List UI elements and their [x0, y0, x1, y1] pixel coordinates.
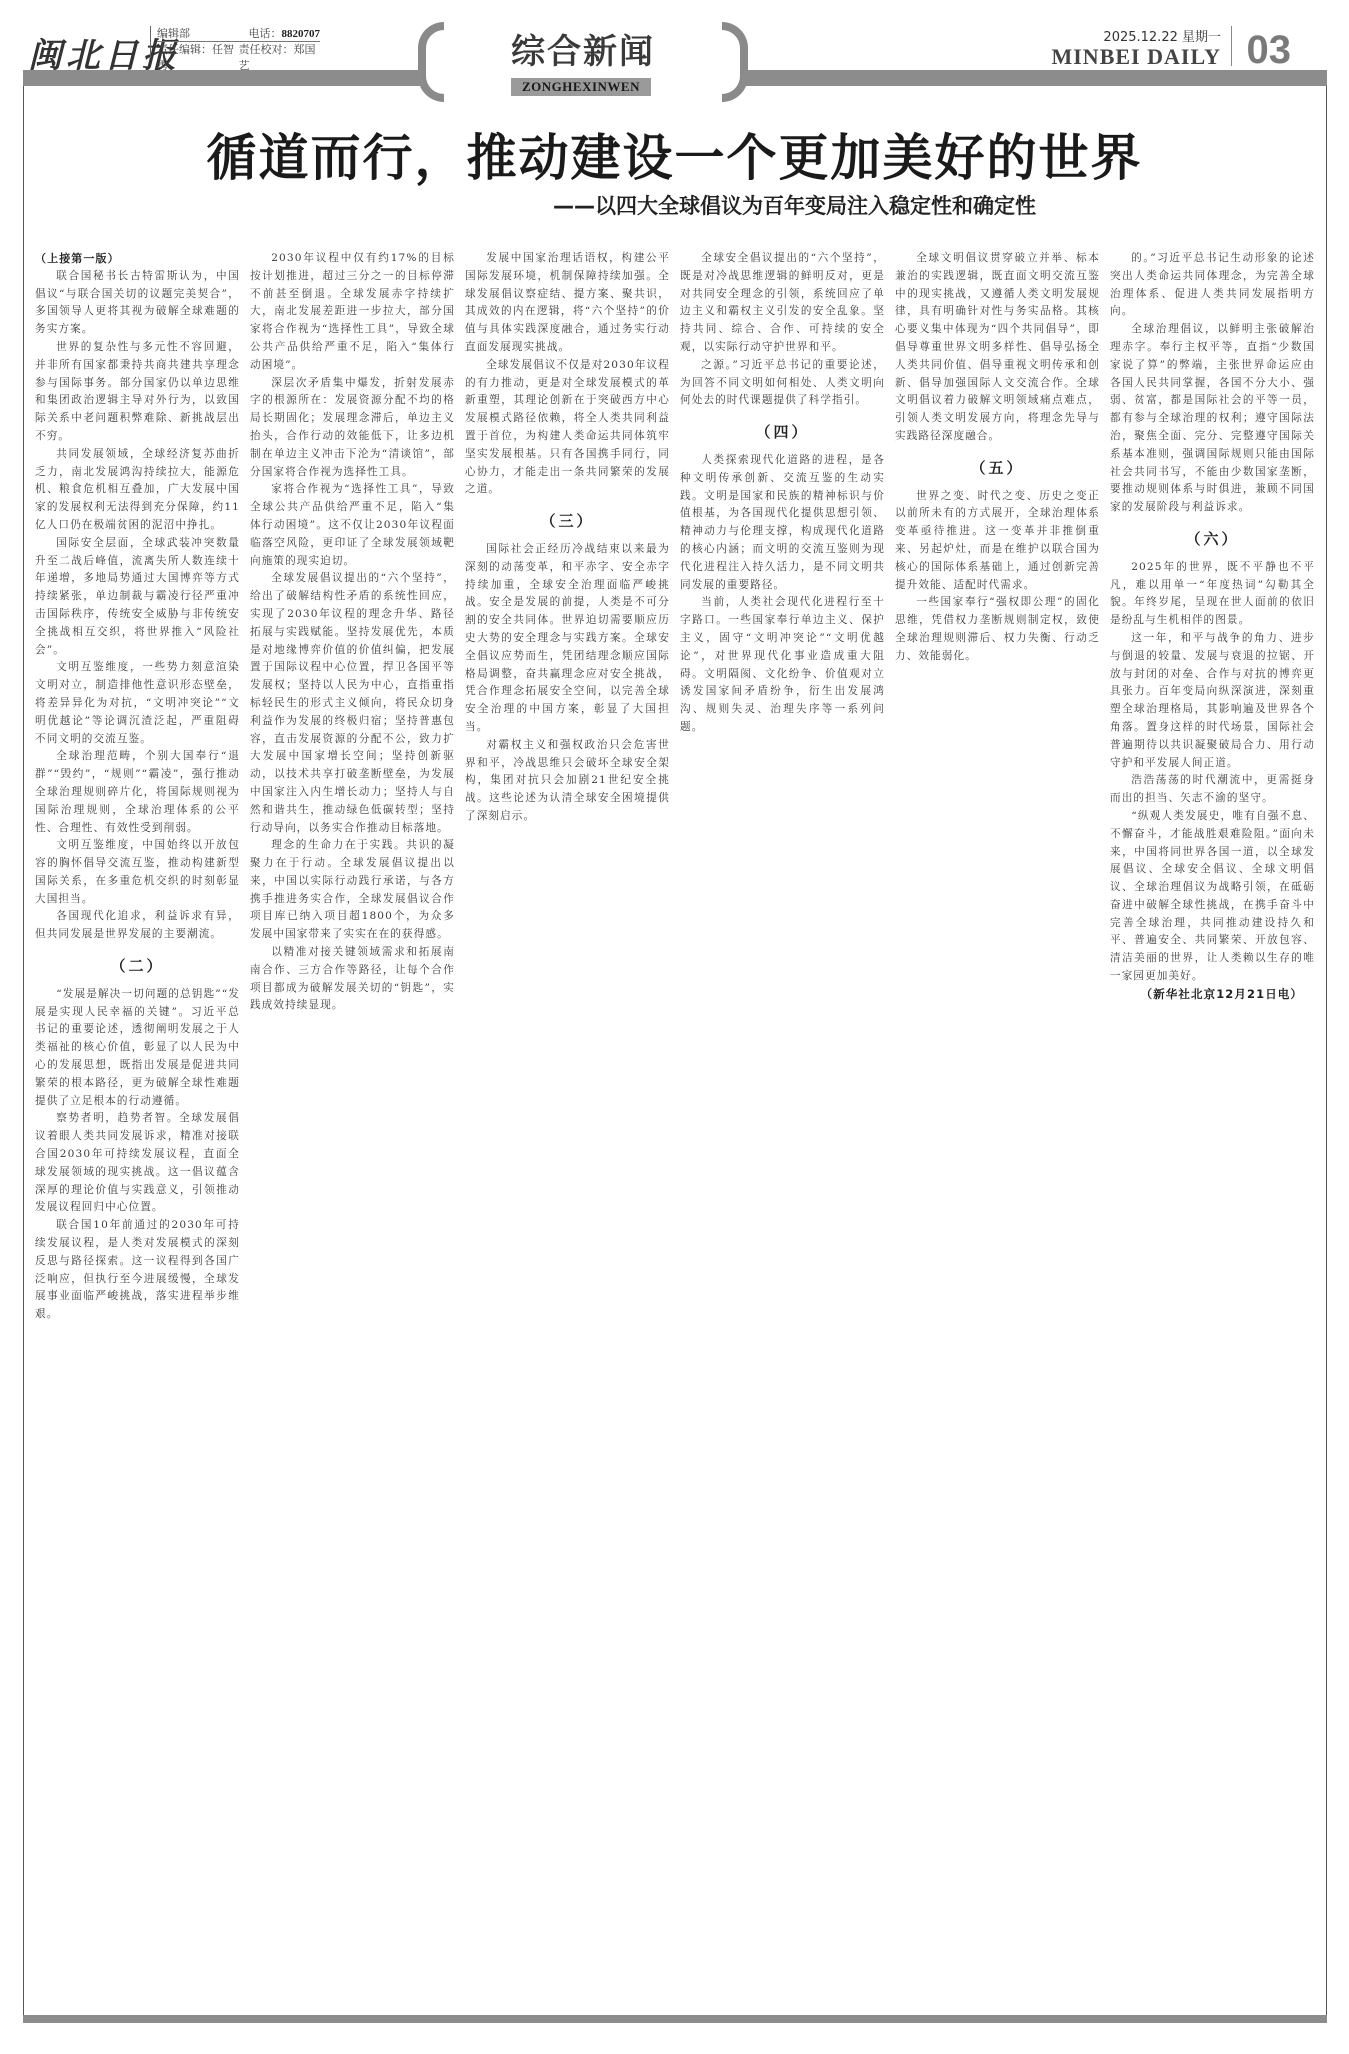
paragraph: 共同发展领域，全球经济复苏曲折乏力，南北发展鸿沟持续拉大，能源危机、粮食危机相互…: [35, 446, 240, 535]
header-band-left: [23, 70, 423, 86]
paragraph: 这一年，和平与战争的角力、进步与倒退的较量、发展与衰退的拉锯、开放与封闭的对垒、…: [1110, 630, 1315, 772]
brand-english: MINBEI DAILY: [1051, 44, 1221, 70]
paragraph: 全球治理范畴，个别大国奉行“退群”“毁约”，“规则”“霸凌”，强行推动全球治理规…: [35, 748, 240, 837]
paragraph: 察势者明，趋势者智。全球发展倡议着眼人类共同发展诉求，精准对接联合国2030年可…: [35, 1110, 240, 1217]
masthead: 闽北日报 编辑部 电话：8820707 责任编辑：任智勇 责任校对：郑国艺 综合…: [0, 0, 1349, 80]
phone-info: 电话：8820707: [249, 26, 321, 41]
paragraph: 国际安全层面，全球武装冲突数量升至二战后峰值，流离失所人数连续十年递增，多地局势…: [35, 535, 240, 660]
proofreader: 责任校对：郑国艺: [239, 42, 321, 58]
paragraph: 世界的复杂性与多元性不容回避，并非所有国家都秉持共商共建共享理念参与国际事务。部…: [35, 339, 240, 446]
article-subhead: ——以四大全球倡议为百年变局注入稳定性和确定性: [0, 190, 1349, 220]
editorial-info: 编辑部 电话：8820707 责任编辑：任智勇 责任校对：郑国艺: [150, 26, 320, 58]
paragraph: 全球文明倡议贯穿破立并举、标本兼治的实践逻辑，既直面文明交流互鉴中的现实挑战，又…: [895, 250, 1100, 446]
paragraph: 国际社会正经历冷战结束以来最为深刻的动荡变革，和平赤字、安全赤字持续加重，全球安…: [465, 541, 670, 737]
paragraph: 以精准对接关键领域需求和拓展南南合作、三方合作等路径，让每个合作项目都成为破解发…: [250, 944, 455, 1015]
column-3: 发展中国家治理话语权，构建公平国际发展环境，机制保障持续加强。全球发展倡议察症结…: [465, 250, 670, 2010]
article-headline: 循道而行，推动建设一个更加美好的世界: [0, 118, 1349, 190]
footer-band: [23, 2015, 1327, 2023]
column-5: 全球文明倡议贯穿破立并举、标本兼治的实践逻辑，既直面文明交流互鉴中的现实挑战，又…: [895, 250, 1100, 2010]
header-band-right: [742, 70, 1327, 86]
page-number: 03: [1247, 28, 1292, 73]
phone-number: 8820707: [282, 28, 321, 40]
phone-label: 电话：: [249, 27, 282, 40]
paragraph: 浩浩荡荡的时代潮流中，更需挺身而出的担当、矢志不渝的坚守。: [1110, 772, 1315, 808]
paragraph: 全球发展倡议提出的“六个坚持”，给出了破解结构性矛盾的系统性回应，实现了2030…: [250, 570, 455, 837]
paragraph: 文明互鉴维度，一些势力刻意渲染文明对立，制造排他性意识形态壁垒，将差异异化为对抗…: [35, 659, 240, 748]
responsible-editor: 责任编辑：任智勇: [157, 42, 239, 58]
section-heading-4: （四）: [680, 424, 885, 442]
paragraph: 家将合作视为“选择性工具”，导致全球公共产品供给严重不足，陷入“集体行动困境”。…: [250, 481, 455, 570]
paragraph: 发展中国家治理话语权，构建公平国际发展环境，机制保障持续加强。全球发展倡议察症结…: [465, 250, 670, 357]
paragraph: 联合国秘书长古特雷斯认为，中国倡议“与联合国关切的议题完美契合”，多国领导人更将…: [35, 268, 240, 339]
column-6: 的。”习近平总书记生动形象的论述突出人类命运共同体理念，为完善全球治理体系、促进…: [1110, 250, 1315, 2010]
issue-date: 2025.12.22 星期一: [1103, 26, 1221, 45]
section-heading-3: （三）: [465, 513, 670, 531]
dateline-credit: （新华社北京12月21日电）: [1110, 986, 1315, 1004]
paragraph: 一些国家奉行“强权即公理”的固化思维，凭借权力垄断规则制定权，致使全球治理规则滞…: [895, 594, 1100, 665]
department-label: 编辑部: [157, 26, 190, 41]
section-title: 综合新闻: [418, 24, 748, 73]
column-1: （上接第一版） 联合国秘书长古特雷斯认为，中国倡议“与联合国关切的议题完美契合”…: [35, 250, 240, 2010]
paragraph: 全球治理倡议，以鲜明主张破解治理赤字。奉行主权平等，直指“少数国家说了算”的弊端…: [1110, 321, 1315, 517]
paragraph: “发展是解决一切问题的总钥匙”“发展是实现人民幸福的关键”。习近平总书记的重要论…: [35, 986, 240, 1111]
paragraph: 人类探索现代化道路的进程，是各种文明传承创新、交流互鉴的生动实践。文明是国家和民…: [680, 452, 885, 594]
section-heading-6: （六）: [1110, 531, 1315, 549]
column-4: 全球安全倡议提出的“六个坚持”，既是对冷战思维逻辑的鲜明反对，更是对共同安全理念…: [680, 250, 885, 2010]
column-2: 2030年议程中仅有约17%的目标按计划推进，超过三分之一的目标停滞不前甚至倒退…: [250, 250, 455, 2010]
paragraph: 当前，人类社会现代化进程行至十字路口。一些国家奉行单边主义、保护主义，固守“文明…: [680, 594, 885, 736]
paragraph: 2030年议程中仅有约17%的目标按计划推进，超过三分之一的目标停滞不前甚至倒退…: [250, 250, 455, 375]
divider: [1231, 26, 1232, 66]
section-heading-5: （五）: [895, 460, 1100, 478]
paragraph: 全球安全倡议提出的“六个坚持”，既是对冷战思维逻辑的鲜明反对，更是对共同安全理念…: [680, 250, 885, 357]
article-body: （上接第一版） 联合国秘书长古特雷斯认为，中国倡议“与联合国关切的议题完美契合”…: [35, 250, 1315, 2010]
paragraph: 世界之变、时代之变、历史之变正以前所未有的方式展开，全球治理体系变革亟待推进。这…: [895, 488, 1100, 595]
paragraph: 2025年的世界，既不平静也不平凡，难以用单一“年度热词”勾勒其全貌。年终岁尾，…: [1110, 559, 1315, 630]
section-heading-2: （二）: [35, 958, 240, 976]
paragraph: 对霸权主义和强权政治只会危害世界和平，冷战思维只会破坏全球安全架构，集团对抗只会…: [465, 737, 670, 826]
paragraph: 联合国10年前通过的2030年可持续发展议程，是人类对发展模式的深刻反思与路径探…: [35, 1217, 240, 1324]
paragraph: 深层次矛盾集中爆发，折射发展赤字的根源所在：发展资源分配不均的格局长期固化；发展…: [250, 375, 455, 482]
continued-label: （上接第一版）: [35, 250, 240, 268]
paragraph: 各国现代化追求，利益诉求有异，但共同发展是世界发展的主要潮流。: [35, 908, 240, 944]
paragraph: 之源。”习近平总书记的重要论述，为回答不同文明如何相处、人类文明向何处去的时代课…: [680, 357, 885, 410]
paragraph: “纵观人类发展史，唯有自强不息、不懈奋斗，才能战胜艰难险阻。”面向未来，中国将同…: [1110, 808, 1315, 986]
paragraph: 文明互鉴维度，中国始终以开放包容的胸怀倡导交流互鉴，推动构建新型国际关系，在多重…: [35, 837, 240, 908]
paragraph: 全球发展倡议不仅是对2030年议程的有力推动，更是对全球发展模式的革新重塑，其理…: [465, 357, 670, 499]
paragraph: 理念的生命力在于实践。共识的凝聚力在于行动。全球发展倡议提出以来，中国以实际行动…: [250, 837, 455, 944]
paragraph: 的。”习近平总书记生动形象的论述突出人类命运共同体理念，为完善全球治理体系、促进…: [1110, 250, 1315, 321]
